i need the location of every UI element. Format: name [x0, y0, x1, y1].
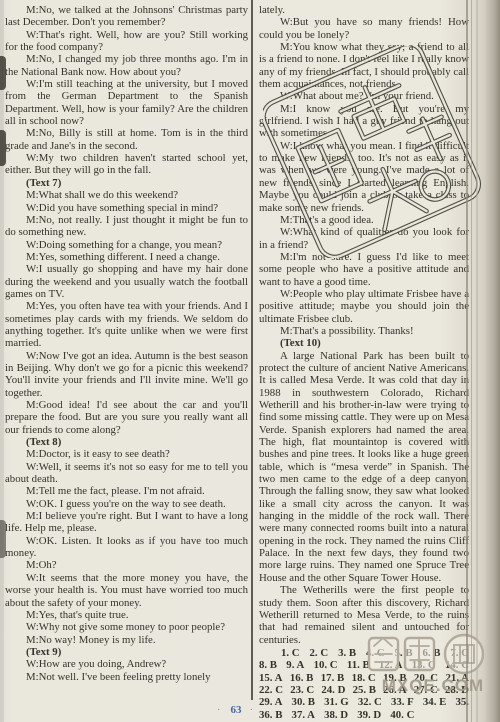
dialogue-line: M:What shall we do this weekend?: [5, 189, 248, 201]
footer-bullet: ·: [217, 704, 223, 716]
dialogue-line: W:My two children haven't started school…: [5, 152, 248, 177]
page-crease-line: [471, 0, 472, 722]
dialogue-line: M:Yes, you often have tea with your frie…: [5, 300, 248, 349]
text10-header: (Text 10): [259, 337, 469, 349]
dialogue-line: W:How are you doing, Andrew?: [5, 658, 248, 670]
text9-header: (Text 9): [5, 646, 248, 658]
answer-item: 23. C: [290, 684, 314, 696]
dialogue-line: W:OK. Listen. It looks as if you have to…: [5, 535, 248, 560]
page-crease-line: [476, 0, 478, 722]
passage-paragraph: A large National Park has been built to …: [259, 350, 469, 585]
dialogue-line: M:No way! Money is my life.: [5, 634, 248, 646]
text8-header: (Text 8): [5, 436, 248, 448]
dialogue-line: W:Well, it seems it's not so easy for me…: [5, 461, 248, 486]
dialogue-line: M:Not well. I've been feeling pretty lon…: [5, 671, 248, 683]
answer-item: 17. B: [321, 672, 344, 684]
answer-site-logo: [366, 630, 498, 676]
answer-item: 15. A: [259, 672, 282, 684]
footer-bullet: ·: [250, 704, 256, 716]
dialogue-line: W:Did you have something special in mind…: [5, 202, 248, 214]
dialogue-line: M:That's a possibility. Thanks!: [259, 325, 469, 337]
dialogue-line: M:I believe you're right. But I want to …: [5, 510, 248, 535]
dialogue-line: M:No, Billy is still at home. Tom is in …: [5, 127, 248, 152]
page-number: 63: [223, 704, 250, 716]
dialogue-line: lately.: [259, 4, 469, 16]
site-url: MXQE.COM: [368, 676, 498, 696]
dialogue-line: M:Tell me the fact, please. I'm not afra…: [5, 485, 248, 497]
dialogue-line: M:No, not really. I just thought it migh…: [5, 214, 248, 239]
page-footer: ·63·: [0, 704, 472, 716]
dialogue-line: W:People who play ultimate Frisbee have …: [259, 288, 469, 325]
dialogue-line: W:But you have so many friends! How coul…: [259, 16, 469, 41]
answer-item: 2. C: [310, 647, 329, 659]
dialogue-line: W:It seems that the more money you have,…: [5, 572, 248, 609]
dialogue-line: W:Why not give some money to poor people…: [5, 621, 248, 633]
text7-header: (Text 7): [5, 177, 248, 189]
answer-item: 16. B: [290, 672, 313, 684]
answer-item: 24. D: [321, 684, 345, 696]
answer-item: 1. C: [281, 647, 300, 659]
scan-artifact: [0, 520, 6, 558]
dialogue-line: M:No, we talked at the Johnsons' Christm…: [5, 4, 248, 29]
left-edge-shadow: [0, 0, 4, 722]
dialogue-line: W:Doing something for a change, you mean…: [5, 239, 248, 251]
dialogue-line: M:Oh?: [5, 559, 248, 571]
book-page: M:No, we talked at the Johnsons' Christm…: [0, 0, 500, 722]
dialogue-line: W:I'm still teaching at the university, …: [5, 78, 248, 127]
answer-item: 9. A: [286, 659, 304, 671]
scan-artifact: [0, 130, 6, 166]
dialogue-line: W:I usually go shopping and have my hair…: [5, 263, 248, 300]
answer-item: 3. B: [338, 647, 356, 659]
page-crease-line: [466, 0, 468, 722]
answer-item: 10. C: [314, 659, 338, 671]
dialogue-line: W:That's right. Well, how are you? Still…: [5, 29, 248, 54]
dialogue-line: M:Yes, that's quite true.: [5, 609, 248, 621]
column-divider: [251, 0, 253, 700]
scan-artifact: [0, 56, 6, 90]
answer-item: 8. B: [259, 659, 277, 671]
dialogue-line: W:Now I've got an idea. Autumn is the be…: [5, 350, 248, 399]
answer-item: 22. C: [259, 684, 283, 696]
dialogue-line: M:No, I changed my job three months ago.…: [5, 53, 248, 78]
dialogue-line: M:Good idea! I'd see about the car and y…: [5, 399, 248, 436]
dialogue-line: M:Yes, something different. I need a cha…: [5, 251, 248, 263]
dialogue-line: M:Doctor, is it easy to see death?: [5, 448, 248, 460]
page-curve-shadow: [484, 0, 500, 722]
seal-stamp-watermark: [263, 46, 481, 258]
left-column: M:No, we talked at the Johnsons' Christm…: [5, 4, 248, 683]
dialogue-line: W:OK. I guess you're on the way to see d…: [5, 498, 248, 510]
